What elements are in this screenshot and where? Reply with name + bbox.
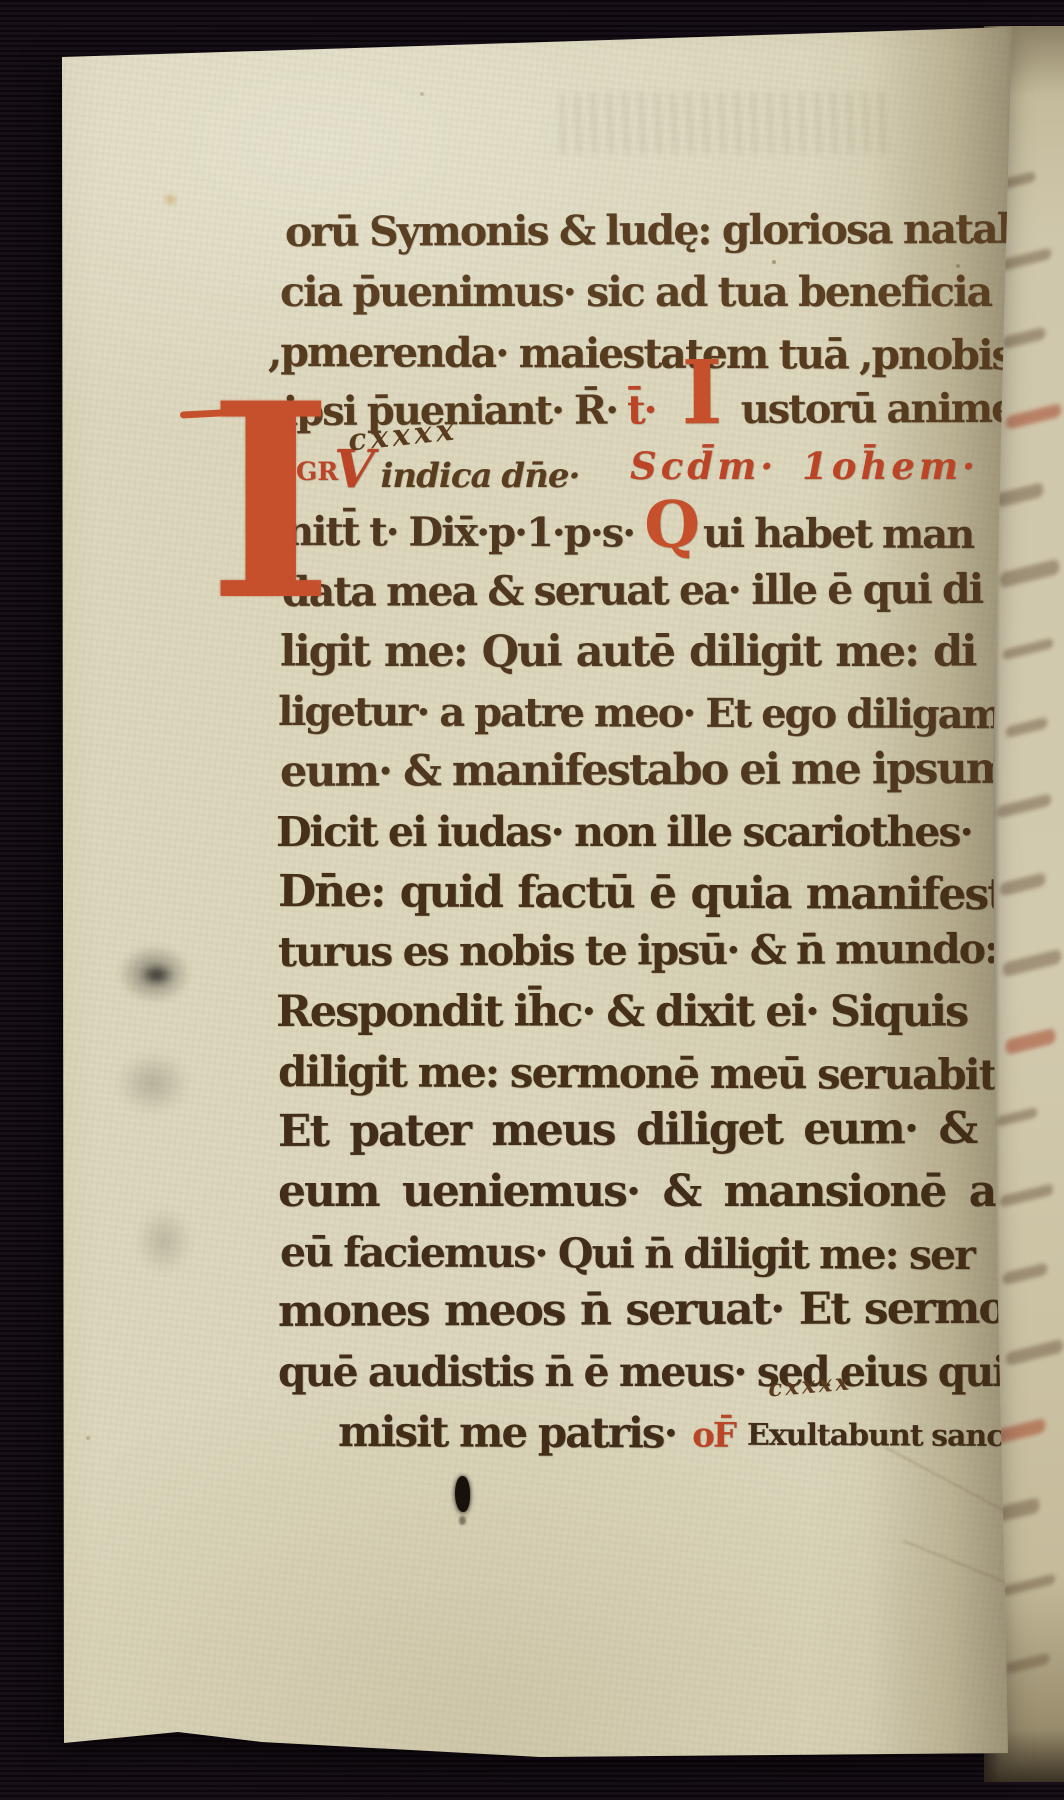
text-line: Et pater meus diliget eum· & ad — [278, 1099, 1053, 1162]
text-segment: data mea & seruat ea· ille ē qui di — [282, 565, 982, 616]
text-segment: ustorū anime: — [741, 385, 1028, 433]
text-segment: turus es nobis te ipsū· & n̄ mundo: — [278, 925, 997, 976]
text-line: Dicit ei iudas· non ille scariothes· — [276, 802, 972, 862]
incipit-segment: indica dn̄e· — [381, 456, 580, 496]
text-segment: eū faciemus· Qui n̄ diligit me: ser — [280, 1228, 974, 1279]
manuscript-page: orū Symonis & ludę: gloriosa natalicia p… — [0, 0, 1064, 1800]
text-line: eū faciemus· Qui n̄ diligit me: ser — [280, 1222, 974, 1285]
text-line: orū Symonis & ludę: gloriosa natali — [285, 199, 1024, 262]
text-segment: Dicit ei iudas· non ille scariothes· — [276, 808, 972, 856]
text-segment: Et pater meus diliget eum· & ad — [278, 1103, 1053, 1157]
text-line: turus es nobis te ipsū· & n̄ mundo: — [278, 919, 997, 982]
initial-letter-I: I — [208, 398, 333, 607]
text-line: quē audistis n̄ ē meus· sed eius qui — [278, 1342, 1006, 1402]
text-segment: eum ueniemus· & mansionē apud — [278, 1166, 1064, 1217]
text-line: GRVindica dn̄e·Scd̄m· 1oh̄em· — [296, 442, 579, 502]
text-segment: Respondit ih̄c· & dixit ei· Siquis — [276, 987, 967, 1037]
text-line: cia p̄uenimus· sic ad tua beneficia — [280, 262, 991, 322]
text-segment: ligetur· a patre meo· Et ego diligam — [278, 688, 1002, 738]
text-segment: nitt̄ t· Dix̄·p·1·p·s· — [285, 508, 634, 557]
text-segment: mones meos n̄ seruat· Et sermonē — [278, 1283, 1062, 1337]
text-segment: ,pmerenda· maiestatem tuā ,pnobis — [268, 328, 1013, 379]
small-segment: Exultabunt sancti· — [747, 1418, 1036, 1454]
text-line: Dn̄e: quid factū ē quia manifesta — [278, 862, 1032, 925]
text-line: mones meos n̄ seruat· Et sermonē — [278, 1279, 1062, 1342]
text-line: misit me patris·oF̄Exultabunt sancti· — [338, 1402, 1036, 1465]
text-segment: ui habet man — [703, 510, 974, 558]
text-line: ,pmerenda· maiestatem tuā ,pnobis — [268, 322, 1013, 385]
redof-segment: oF̄ — [692, 1416, 735, 1456]
qcap-segment: Q — [644, 488, 698, 563]
text-block: orū Symonis & ludę: gloriosa natalicia p… — [0, 0, 1064, 1800]
text-segment: orū Symonis & ludę: gloriosa natali — [285, 205, 1024, 256]
text-line: eum· & manifestabo ei me ipsum· — [280, 739, 1022, 802]
text-line: ligetur· a patre meo· Et ego diligam — [278, 682, 1002, 745]
manuscript-photograph: orū Symonis & ludę: gloriosa natalicia p… — [0, 0, 1064, 1800]
text-segment: ligit me: Qui autē diligit me: di — [280, 627, 975, 677]
text-segment: misit me patris· — [338, 1407, 676, 1457]
text-line: data mea & seruat ea· ille ē qui di — [282, 559, 982, 622]
text-segment: Dn̄e: quid factū ē quia manifesta — [278, 866, 1032, 920]
text-line: Respondit ih̄c· & dixit ei· Siquis — [276, 982, 967, 1042]
text-line: diligit me: sermonē meū seruabit· — [278, 1042, 1009, 1105]
text-line: nitt̄ t· Dix̄·p·1·p·s·Qui habet man — [285, 502, 974, 565]
text-segment: eum· & manifestabo ei me ipsum· — [280, 744, 1022, 797]
inlineI-segment: I — [681, 340, 721, 444]
text-segment: quē audistis n̄ ē meus· sed eius qui — [278, 1348, 1006, 1396]
red-segment: t̄· — [627, 386, 656, 433]
leaf-wrap: orū Symonis & ludę: gloriosa natalicia p… — [0, 0, 1064, 1800]
text-segment: cia p̄uenimus· sic ad tua beneficia — [280, 268, 991, 316]
text-line: ligit me: Qui autē diligit me: di — [280, 622, 975, 682]
text-line: eum ueniemus· & mansionē apud — [278, 1162, 1064, 1222]
text-segment: diligit me: sermonē meū seruabit· — [278, 1047, 1009, 1099]
